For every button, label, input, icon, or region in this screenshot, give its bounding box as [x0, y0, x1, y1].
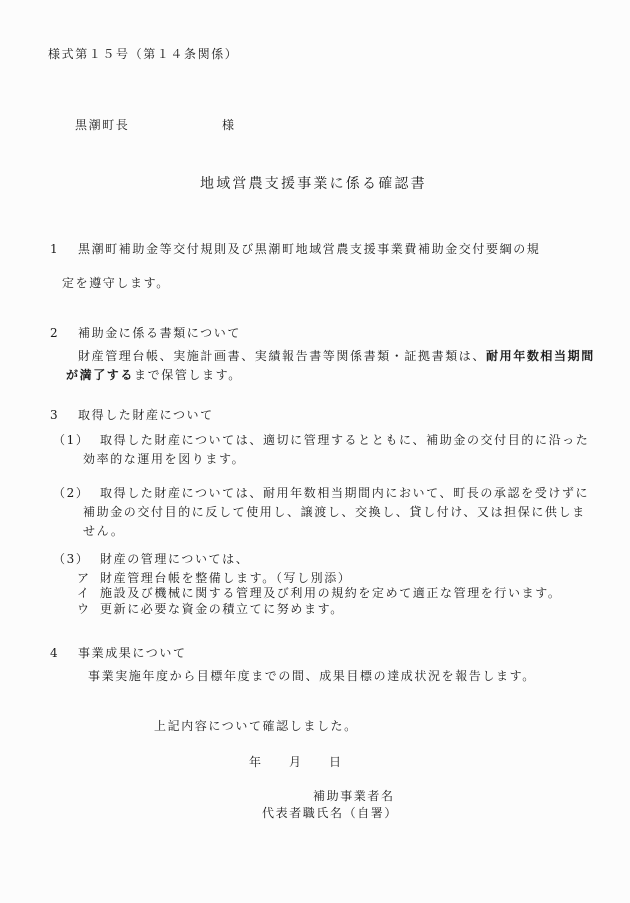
item-2-line-1: 取得した財産については、耐用年数相当期間内において、町長の承認を受けずに	[100, 486, 589, 500]
section-2-body-line-2: が満了するまで保管します。	[66, 368, 242, 382]
item-1-line-1: 取得した財産については、適切に管理するとともに、補助金の交付目的に沿った	[100, 433, 589, 447]
section-2-body-text: 財産管理台帳、実施計画書、実績報告書等関係書類・証拠書類は、	[78, 349, 486, 363]
business-name-label: 補助事業者名	[313, 789, 395, 803]
date-day-field: 日	[329, 755, 343, 769]
item-2-label: （2）	[53, 486, 89, 500]
subitem-i-text: 施設及び機械に関する管理及び利用の規約を定めて適正な管理を行います。	[100, 586, 561, 600]
section-1-line-1: 黒潮町補助金等交付規則及び黒潮町地域営農支援事業費補助金交付要綱の規	[78, 242, 540, 256]
item-2-line-2: 補助金の交付目的に反して使用し、譲渡し、交換し、貸し付け、又は担保に供しま	[83, 505, 586, 519]
section-4-heading: 事業成果について	[78, 646, 187, 660]
section-2-number: 2	[50, 326, 59, 340]
section-2-body-line-1: 財産管理台帳、実施計画書、実績報告書等関係書類・証拠書類は、耐用年数相当期間	[78, 349, 595, 363]
subitem-u-label: ウ	[77, 602, 91, 616]
item-2-line-3: せん。	[83, 524, 125, 538]
honorific: 様	[222, 118, 236, 132]
section-2-emphasis-cont: が満了する	[66, 368, 134, 382]
section-2-heading: 補助金に係る書類について	[78, 326, 241, 340]
subitem-i-label: イ	[77, 586, 91, 600]
item-1-label: （1）	[53, 433, 89, 447]
subitem-u-text: 更新に必要な資金の積立てに努めます。	[100, 602, 344, 616]
section-4-number: 4	[50, 646, 59, 660]
document-title: 地域営農支援事業に係る確認書	[200, 177, 427, 191]
confirmation-statement: 上記内容について確認しました。	[154, 719, 358, 733]
addressee: 黒潮町長	[75, 118, 129, 132]
subitem-a-label: ア	[77, 571, 91, 585]
item-3-label: （3）	[53, 552, 89, 566]
representative-label: 代表者職氏名（自署）	[262, 806, 398, 820]
subitem-a-text: 財産管理台帳を整備します。（写し別添）	[100, 571, 351, 585]
section-1-number: 1	[50, 242, 59, 256]
date-month-field: 月	[289, 755, 303, 769]
item-3-line-1: 財産の管理については、	[100, 552, 249, 566]
date-year-field: 年	[249, 755, 263, 769]
section-3-number: 3	[50, 408, 59, 422]
section-2-emphasis: 耐用年数相当期間	[486, 349, 595, 363]
section-2-body-text-cont: まで保管します。	[134, 368, 242, 382]
section-3-heading: 取得した財産について	[78, 408, 214, 422]
section-1-line-2: 定を遵守します。	[62, 276, 170, 290]
form-number: 様式第１５号（第１４条関係）	[48, 47, 238, 61]
item-1-line-2: 効率的な運用を図ります。	[83, 452, 245, 466]
section-4-body: 事業実施年度から目標年度までの間、成果目標の達成状況を報告します。	[88, 669, 536, 683]
